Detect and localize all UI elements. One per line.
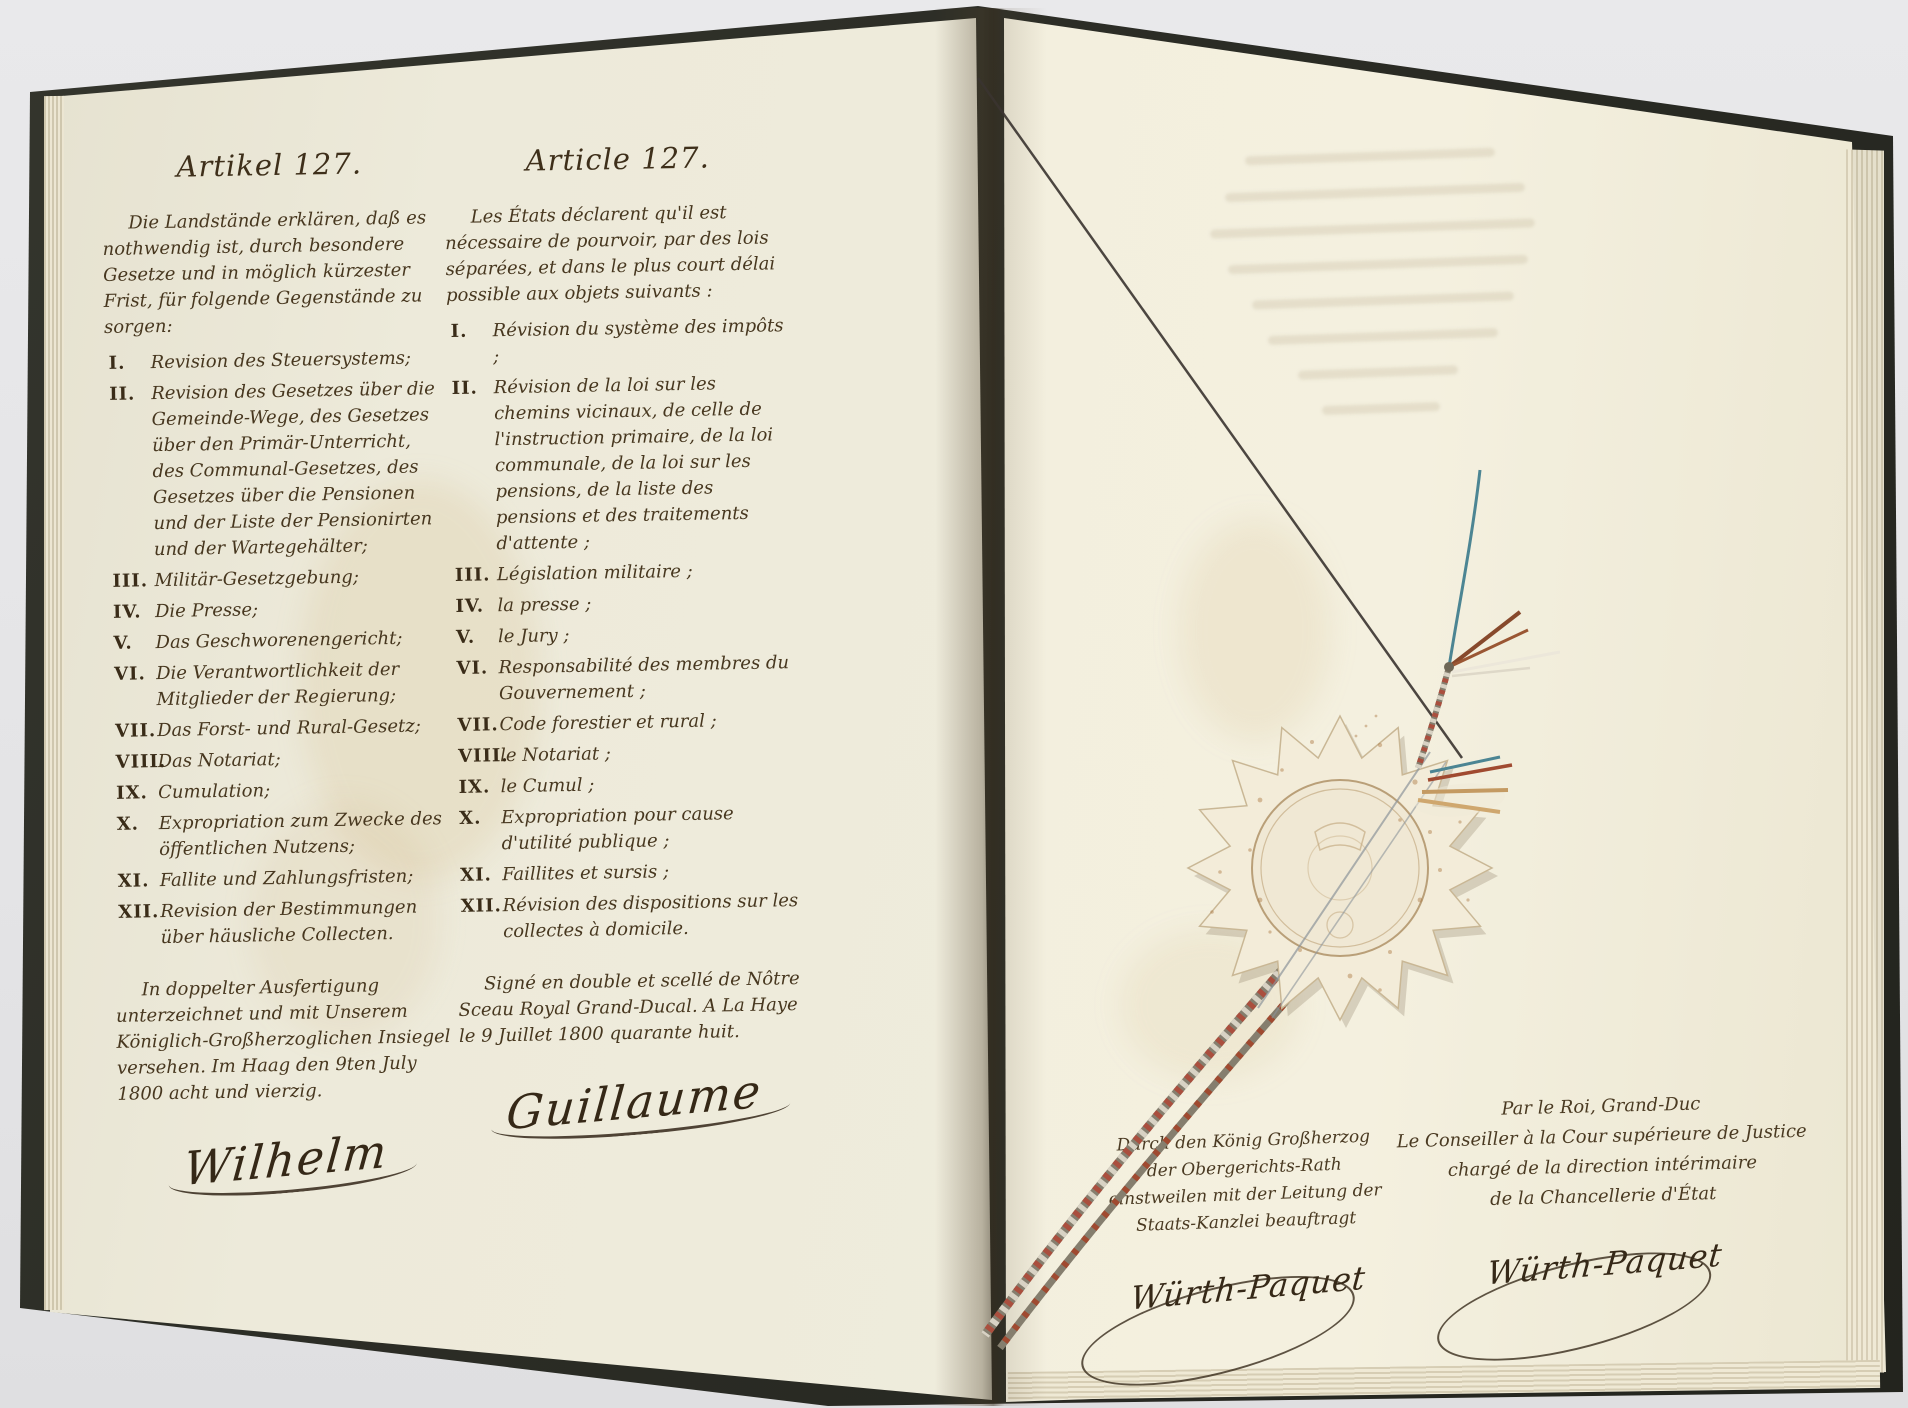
list-item: VIII. Das Notariat; — [111, 744, 447, 776]
item-text: Révision des dispositions sur les collec… — [503, 890, 799, 942]
list-item: XI. Fallite und Zahlungsfristen; — [114, 863, 450, 895]
item-numeral: I. — [450, 319, 467, 345]
paper-stain — [1180, 520, 1330, 740]
item-text: Die Verantwortlichkeit der Mitglieder de… — [156, 659, 399, 710]
item-text: le Jury ; — [498, 625, 570, 647]
item-text: le Cumul ; — [500, 775, 594, 798]
item-text: Révision de la loi sur les chemins vicin… — [493, 373, 773, 554]
german-paragraph: Die Landstände erklären, daß es nothwend… — [102, 205, 440, 341]
page-edges-left — [44, 96, 64, 1310]
item-text: le Notariat ; — [500, 743, 611, 766]
item-text: Expropriation pour cause d'utilité publi… — [501, 803, 734, 854]
photograph-of-signed-treaty-book: { "background_color": "#e6e6e8", "book":… — [0, 0, 1908, 1408]
item-numeral: IX. — [116, 780, 148, 807]
list-item: XII. Révision des dispositions sur les c… — [457, 888, 806, 946]
item-text: Revision des Gesetzes über die Gemeinde-… — [151, 378, 435, 560]
item-text: Das Geschworenengericht; — [155, 628, 402, 653]
french-closing: Signé en double et scellé de Nôtre Sceau… — [458, 966, 807, 1050]
item-numeral: IV. — [113, 599, 142, 625]
item-numeral: XI. — [118, 868, 150, 895]
french-list: I. Révision du système des impôts ; II. … — [446, 313, 805, 946]
item-text: Das Forst- und Rural-Gesetz; — [157, 716, 421, 742]
signature-wurth-paquet-french: Würth-Paquet — [1486, 1237, 1725, 1292]
item-numeral: X. — [117, 811, 140, 837]
item-numeral: III. — [112, 568, 148, 595]
item-text: Cumulation; — [158, 780, 270, 803]
list-item: III. Militär-Gesetzgebung; — [108, 563, 444, 595]
item-numeral: II. — [109, 381, 136, 407]
item-text: Revision des Steuersystems; — [150, 348, 411, 374]
item-text: Code forestier et rural ; — [499, 710, 716, 735]
german-article-heading: Artikel 127. — [101, 145, 438, 185]
paper-stain — [1120, 930, 1300, 1080]
item-numeral: IX. — [458, 774, 490, 801]
item-numeral: IV. — [455, 593, 484, 619]
item-numeral: XII. — [118, 899, 160, 926]
list-item: X. Expropriation zum Zwecke des öffentli… — [113, 806, 450, 864]
french-article-heading: Article 127. — [443, 139, 792, 179]
item-numeral: VII. — [457, 712, 499, 739]
german-list: I. Revision des Steuersystems; II. Revis… — [104, 345, 450, 952]
item-text: Militär-Gesetzgebung; — [154, 567, 359, 592]
item-numeral: VIII. — [115, 749, 166, 776]
item-numeral: III. — [455, 562, 491, 589]
list-item: IV. la presse ; — [451, 588, 799, 620]
list-item: III. Législation militaire ; — [451, 557, 799, 589]
list-item: IX. le Cumul ; — [454, 769, 802, 801]
item-numeral: X. — [459, 806, 482, 832]
item-text: Revision der Bestimmungen über häusliche… — [160, 897, 417, 948]
item-text: Das Notariat; — [157, 749, 280, 772]
item-text: Faillites et sursis ; — [502, 861, 669, 885]
item-numeral: VI. — [456, 655, 488, 682]
list-item: X. Expropriation pour cause d'utilité pu… — [455, 800, 804, 858]
page-edges-right — [1846, 149, 1884, 1372]
item-text: Die Presse; — [155, 599, 258, 622]
french-attestation-lines: Par le Roi, Grand-DucLe Conseiller à la … — [1396, 1087, 1809, 1218]
french-paragraph: Les États déclarent qu'il est nécessaire… — [444, 199, 794, 309]
item-numeral: VIII. — [458, 743, 509, 770]
list-item: IX. Cumulation; — [112, 775, 448, 807]
list-item: IV. Die Presse; — [109, 594, 445, 626]
list-item: I. Révision du système des impôts ; — [446, 313, 795, 371]
book-gutter-shadow — [935, 8, 1047, 1406]
item-numeral: XI. — [460, 862, 492, 889]
list-item: XI. Faillites et sursis ; — [456, 857, 804, 889]
item-numeral: V. — [113, 631, 133, 657]
item-text: Expropriation zum Zwecke des öffentliche… — [159, 808, 443, 860]
list-item: VI. Die Verantwortlichkeit der Mitgliede… — [110, 656, 447, 714]
item-numeral: V. — [456, 625, 476, 651]
list-item: XII. Revision der Bestimmungen über häus… — [114, 894, 451, 952]
list-item: II. Revision des Gesetzes über die Gemei… — [105, 376, 444, 564]
signature-wurth-paquet-german: Würth-Paquet — [1129, 1259, 1367, 1316]
item-text: Révision du système des impôts ; — [492, 315, 783, 367]
item-text: la presse ; — [497, 594, 591, 617]
item-text: Responsabilité des membres du Gouverneme… — [498, 652, 789, 704]
item-text: Législation militaire ; — [497, 561, 693, 585]
german-closing: In doppelter Ausfertigung unterzeichnet … — [115, 972, 453, 1108]
german-attestation-block: Durch den König Großherzogder Obergerich… — [1075, 1122, 1417, 1314]
item-numeral: I. — [108, 351, 125, 377]
german-attestation-lines: Durch den König Großherzogder Obergerich… — [1075, 1122, 1415, 1242]
item-text: Fallite und Zahlungsfristen; — [160, 866, 414, 891]
item-numeral: VII. — [115, 718, 157, 745]
list-item: VII. Code forestier et rural ; — [453, 707, 801, 739]
list-item: V. le Jury ; — [452, 619, 800, 651]
list-item: V. Das Geschworenengericht; — [109, 625, 445, 657]
list-item: VII. Das Forst- und Rural-Gesetz; — [111, 713, 447, 745]
item-numeral: VI. — [114, 661, 146, 688]
item-numeral: II. — [451, 376, 478, 402]
list-item: VIII. le Notariat ; — [454, 738, 802, 770]
french-attestation-block: Par le Roi, Grand-DucLe Conseiller à la … — [1396, 1087, 1811, 1291]
list-item: II. Révision de la loi sur les chemins v… — [447, 370, 798, 558]
list-item: VI. Responsabilité des membres du Gouver… — [452, 650, 801, 708]
french-column: Article 127. Les États déclarent qu'il e… — [443, 139, 808, 1130]
german-column: Artikel 127. Die Landstände erklären, da… — [101, 145, 455, 1188]
item-numeral: XII. — [461, 893, 503, 920]
list-item: I. Revision des Steuersystems; — [104, 345, 440, 377]
